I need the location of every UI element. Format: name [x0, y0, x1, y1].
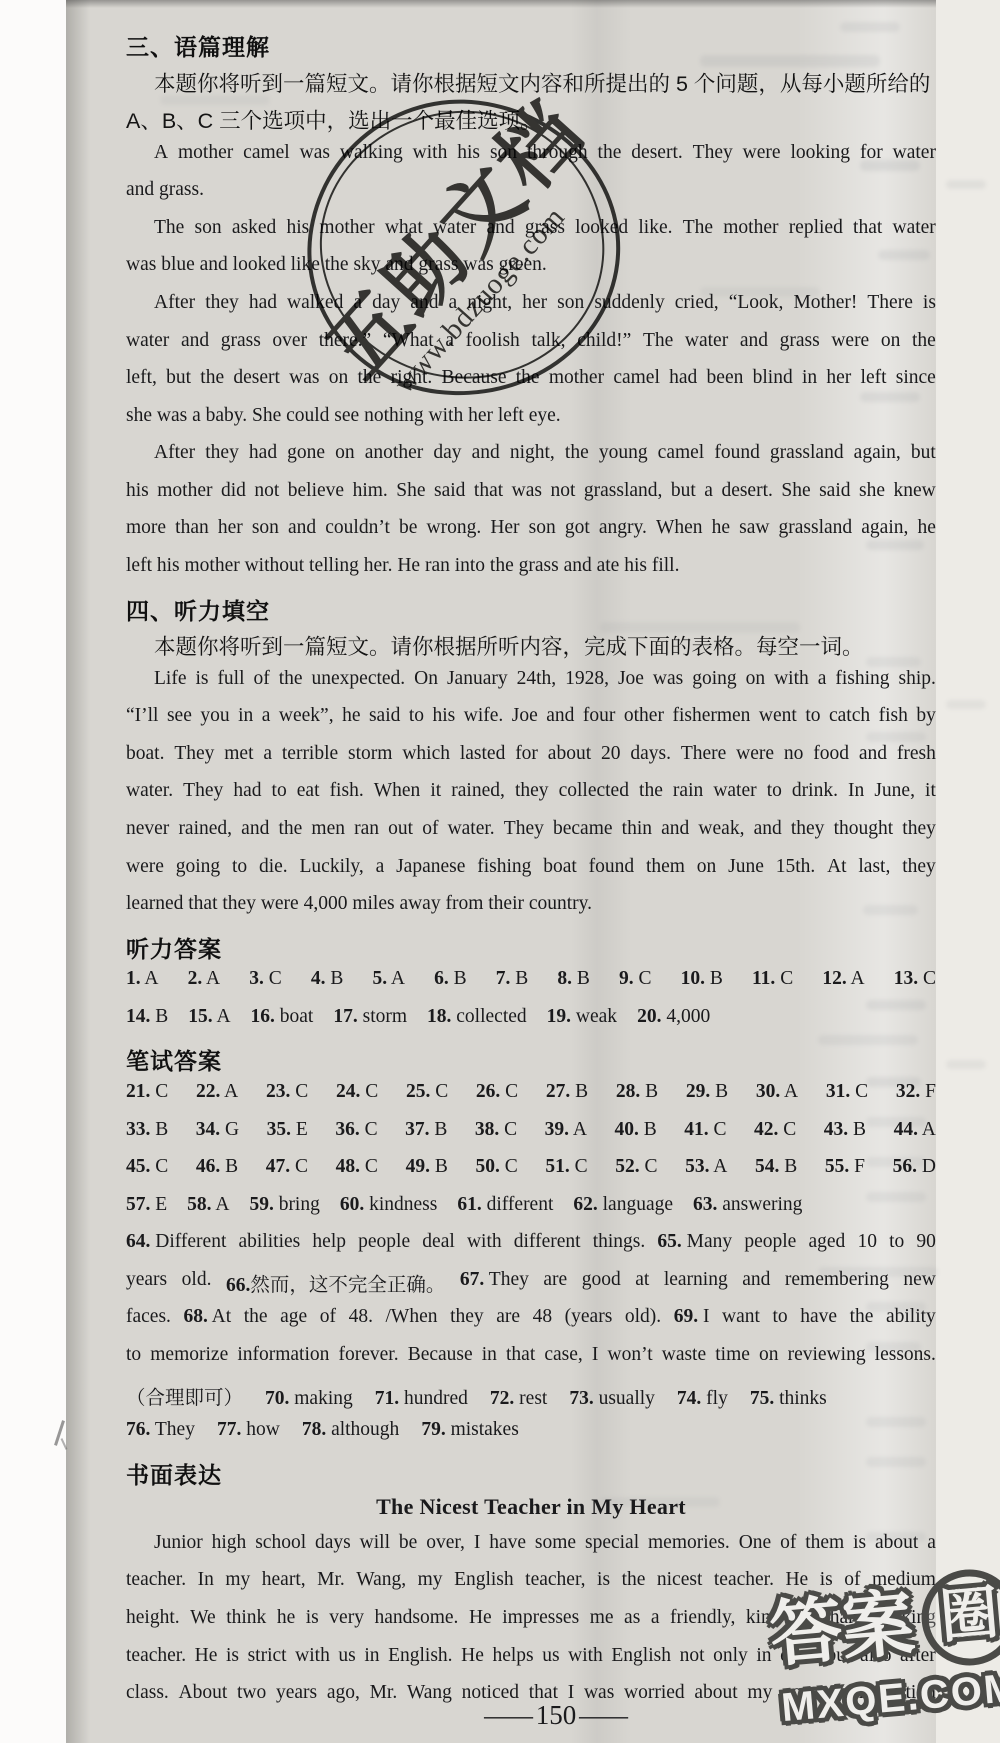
bleed-through-smudge — [946, 180, 986, 189]
text-line: Aftertheyhadgoneonanotherdayandnight,the… — [126, 442, 936, 476]
answer-item: 43. B — [824, 1119, 866, 1153]
text-line: hismotherdidnotbelievehim.Shesaidthatwas… — [126, 480, 936, 514]
text-line: left,butthedesertwasontheright.Becauseth… — [126, 367, 936, 401]
answer-item: 52. C — [615, 1156, 657, 1190]
answer-item: 35. E — [267, 1119, 308, 1153]
answer-row: 1. A2. A3. C4. B5. A6. B7. B8. B9. C10. … — [126, 968, 936, 1002]
answer-item: 29. B — [686, 1081, 728, 1115]
footer-dash-left: — — [484, 1700, 533, 1731]
answer-item: 20. 4,000 — [637, 1006, 710, 1040]
answer-item: 38. C — [475, 1119, 517, 1153]
answer-item: 9. C — [619, 968, 652, 1002]
answer-item: 63. answering — [693, 1194, 802, 1228]
answer-item: 34. G — [196, 1119, 239, 1153]
answer-item: 44. A — [894, 1119, 936, 1153]
answer-item: 8. B — [557, 968, 590, 1002]
answer-item: 39. A — [545, 1119, 587, 1153]
answer-item: 27. B — [546, 1081, 588, 1115]
answer-sentence-line: faces.68. Attheageof48./Whentheyare48(ye… — [126, 1306, 936, 1340]
answer-item: 2. A — [188, 968, 221, 1002]
answer-item: 21. C — [126, 1081, 168, 1115]
answer-item: 62. language — [573, 1194, 673, 1228]
answer-item: 15. A — [188, 1006, 230, 1040]
answer-item: 47. C — [266, 1156, 308, 1190]
answer-item: 6. B — [434, 968, 467, 1002]
answer-circle-logo: 答案圈 MXQE.COM — [766, 1565, 1000, 1731]
text-line: left his mother without telling her. He … — [126, 555, 936, 589]
answer-item: 56. D — [893, 1156, 936, 1190]
answer-item: 42. C — [754, 1119, 796, 1153]
answer-item: 13. C — [894, 968, 936, 1002]
answer-item: 46. B — [196, 1156, 238, 1190]
footer-dash-right: — — [579, 1700, 628, 1731]
footer-page-number: 150 — [536, 1700, 577, 1730]
essay-title: The Nicest Teacher in My Heart — [126, 1494, 936, 1528]
answer-item: 22. A — [196, 1081, 238, 1115]
text-line: water.Theyhadtoeatfish.Whenitrained,they… — [126, 780, 936, 814]
logo-circled-char: 圈 — [918, 1565, 1000, 1669]
answer-item: 12. A — [822, 968, 864, 1002]
answer-item: 50. C — [475, 1156, 517, 1190]
answer-item: 30. A — [756, 1081, 798, 1115]
answer-item: 31. C — [826, 1081, 868, 1115]
answer-item: 7. B — [496, 968, 529, 1002]
answer-item: 53. A — [685, 1156, 727, 1190]
text-line: she was a baby. She could see nothing wi… — [126, 405, 936, 439]
answer-item: 19. weak — [547, 1006, 617, 1040]
text-line: Juniorhighschooldayswillbeover,Ihavesome… — [126, 1532, 936, 1566]
text-line: and grass. — [126, 179, 936, 213]
logo-brand-prefix: 答案 — [767, 1583, 917, 1675]
answer-item: 58. A — [187, 1194, 229, 1228]
answer-row: 33. B34. G35. E36. C37. B38. C39. A40. B… — [126, 1119, 936, 1153]
page-surface: 三、语篇理解本题你将听到一篇短文。请你根据短文内容和所提出的 5 个问题，从每小… — [66, 0, 936, 1743]
answer-row: 57. E58. A59. bring60. kindness61. diffe… — [126, 1194, 936, 1228]
section-heading-listening-blanks: 四、听力填空 — [126, 593, 936, 627]
logo-brand-text: 答案圈 — [766, 1565, 1000, 1682]
answer-sentence-line: （合理即可）70. making71. hundred72. rest73. u… — [126, 1382, 936, 1416]
scanned-workbook-page: 三、语篇理解本题你将听到一篇短文。请你根据短文内容和所提出的 5 个问题，从每小… — [0, 0, 1000, 1743]
answer-item: 26. C — [476, 1081, 518, 1115]
section-heading-listening-answers: 听力答案 — [126, 931, 936, 965]
text-line: Aftertheyhadwalkedadayandanight,hersonsu… — [126, 292, 936, 326]
section-heading-passage-comprehension: 三、语篇理解 — [126, 29, 936, 63]
text-line: Amothercamelwaswalkingwithhissonthrought… — [126, 142, 936, 176]
answer-item: 49. B — [406, 1156, 448, 1190]
scan-right-margin — [936, 0, 1000, 1743]
answer-item: 16. boat — [251, 1006, 314, 1040]
answer-row: 14. B15. A16. boat17. storm18. collected… — [126, 1006, 936, 1040]
text-line: weregoingtodie.Luckily,aJapanesefishingb… — [126, 856, 936, 890]
answer-item: 57. E — [126, 1194, 167, 1228]
section-heading-writing: 书面表达 — [126, 1457, 936, 1491]
answer-item: 11. C — [752, 968, 793, 1002]
answer-item: 37. B — [405, 1119, 447, 1153]
answer-item: 45. C — [126, 1156, 168, 1190]
answer-row: 45. C46. B47. C48. C49. B50. C51. C52. C… — [126, 1156, 936, 1190]
bleed-through-smudge — [946, 700, 986, 709]
text-line: 本题你将听到一篇短文。请你根据所听内容，完成下面的表格。每空一词。 — [126, 630, 936, 664]
text-line: boat.Theymetaterriblestormwhichlastedfor… — [126, 743, 936, 777]
answer-item: 3. C — [249, 968, 282, 1002]
answer-item: 40. B — [614, 1119, 656, 1153]
answer-item: 41. C — [684, 1119, 726, 1153]
answer-item: 48. C — [336, 1156, 378, 1190]
answer-item: 24. C — [336, 1081, 378, 1115]
answer-item: 61. different — [457, 1194, 553, 1228]
text-line: was blue and looked like the sky and gra… — [126, 254, 936, 288]
answer-item: 5. A — [373, 968, 406, 1002]
answer-item: 17. storm — [333, 1006, 407, 1040]
answer-item: 4. B — [311, 968, 344, 1002]
text-line: waterandgrassoverthere.”“Whatafoolishtal… — [126, 330, 936, 364]
text-line: Lifeisfulloftheunexpected.OnJanuary24th,… — [126, 668, 936, 702]
answer-item: 18. collected — [427, 1006, 527, 1040]
section-heading-written-answers: 笔试答案 — [126, 1043, 936, 1077]
text-line: learned that they were 4,000 miles away … — [126, 893, 936, 927]
answer-item: 10. B — [681, 968, 723, 1002]
answer-sentence-line: 76. They77. how78. although79. mistakes — [126, 1419, 936, 1453]
text-line: tomemorizeinformationforever.Becauseinth… — [126, 1344, 936, 1378]
answer-item: 51. C — [545, 1156, 587, 1190]
answer-item: 14. B — [126, 1006, 168, 1040]
answer-item: 54. B — [755, 1156, 797, 1190]
answer-item: 59. bring — [249, 1194, 319, 1228]
answer-item: 32. F — [896, 1081, 936, 1115]
text-line: “I’llseeyouinaweek”,hesaidtohiswife.Joea… — [126, 705, 936, 739]
text-line: Thesonaskedhismotherwhatwaterandgrassloo… — [126, 217, 936, 251]
answer-item: 60. kindness — [340, 1194, 438, 1228]
answer-sentence-line: yearsold.66.然而，这不完全正确。67. Theyaregoodatl… — [126, 1269, 936, 1303]
answer-item: 36. C — [335, 1119, 377, 1153]
answer-item: 1. A — [126, 968, 159, 1002]
answer-item: 33. B — [126, 1119, 168, 1153]
answer-sentence-line: 64. Differentabilitieshelppeopledealwith… — [126, 1231, 936, 1265]
text-line: A、B、C 三个选项中，选出一个最佳选项。 — [126, 104, 936, 138]
answer-item: 25. C — [406, 1081, 448, 1115]
answer-item: 23. C — [266, 1081, 308, 1115]
text-line: neverrained,andthemenranoutofwater.Theyb… — [126, 818, 936, 852]
answer-row: 21. C22. A23. C24. C25. C26. C27. B28. B… — [126, 1081, 936, 1115]
answer-item: 28. B — [616, 1081, 658, 1115]
answer-item: 55. F — [825, 1156, 865, 1190]
bleed-through-smudge — [946, 1060, 986, 1069]
text-line: 本题你将听到一篇短文。请你根据短文内容和所提出的 5 个问题，从每小题所给的 — [126, 67, 936, 101]
text-line: morethanhersonandcouldn’tbewrong.Hersong… — [126, 517, 936, 551]
